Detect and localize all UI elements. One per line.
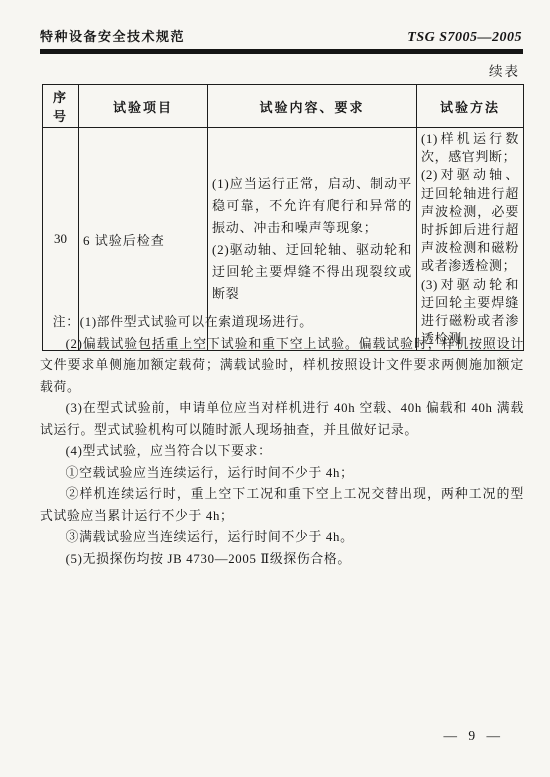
column-header-no: 序号 — [43, 85, 79, 128]
note-line: (3)在型式试验前，申请单位应当对样机进行 40h 空载、40h 偏载和 40h… — [40, 398, 524, 441]
table-continued-label: 续表 — [489, 60, 520, 80]
table-header-row: 序号 试验项目 试验内容、要求 试验方法 — [43, 85, 524, 128]
page-number: — 9 — — [444, 728, 505, 744]
note-line: ①空载试验应当连续运行，运行时间不少于 4h； — [40, 463, 524, 485]
note-line: (5)无损探伤均按 JB 4730—2005 Ⅱ级探伤合格。 — [40, 549, 524, 571]
notes-section: 注：(1)部件型式试验可以在索道现场进行。 (2)偏载试验包括重上空下试验和重下… — [40, 312, 524, 570]
note-line: (4)型式试验，应当符合以下要求： — [40, 441, 524, 463]
header-right-doc-code: TSG S7005—2005 — [407, 30, 522, 46]
note-line: (2)偏载试验包括重上空下试验和重下空上试验。偏载试验时，样机按照设计文件要求单… — [40, 334, 524, 399]
column-header-item: 试验项目 — [79, 85, 208, 128]
header-left-title: 特种设备安全技术规范 — [40, 26, 185, 45]
header-rule — [40, 49, 523, 54]
page-header: 特种设备安全技术规范 TSG S7005—2005 — [40, 26, 522, 46]
document-page: 特种设备安全技术规范 TSG S7005—2005 续表 序号 试验项目 试验内… — [0, 0, 550, 777]
column-header-method: 试验方法 — [417, 85, 524, 128]
note-line: ②样机连续运行时，重上空下工况和重下空上工况交替出现，两种工况的型式试验应当累计… — [40, 484, 524, 527]
note-line: 注：(1)部件型式试验可以在索道现场进行。 — [40, 312, 524, 334]
column-header-content: 试验内容、要求 — [208, 85, 417, 128]
note-line: ③满载试验应当连续运行，运行时间不少于 4h。 — [40, 527, 524, 549]
